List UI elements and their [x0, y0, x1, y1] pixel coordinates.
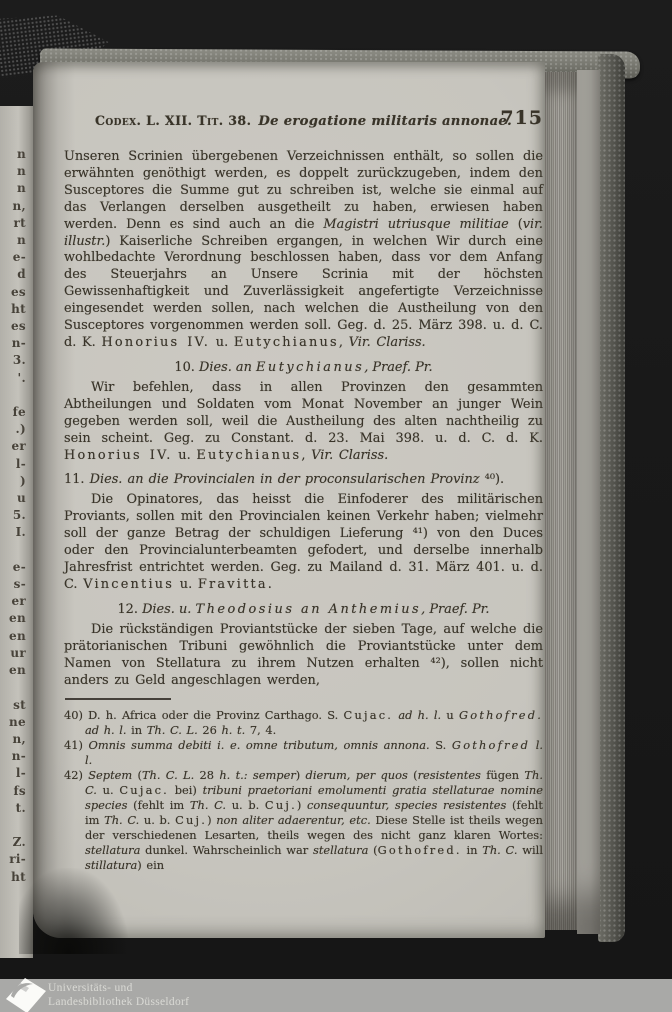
ulb-duesseldorf-logo: [5, 977, 47, 1012]
gutter-bottom-shadow: [19, 868, 129, 954]
section-heading: 10. Dies. an Eutychianus, Praef. Pr.: [64, 359, 543, 376]
footnote-separator-rule: [65, 698, 171, 700]
library-name-line1: Universitäts- und: [48, 982, 189, 996]
book-page: Codex. L. XII. Tit. 38.De erogatione mil…: [33, 62, 545, 938]
library-name-line2: Landesbibliothek Düsseldorf: [48, 996, 189, 1010]
paragraph: Die rückständigen Proviantstücke der sie…: [64, 622, 543, 690]
section-heading: 11. Dies. an die Provincialen in der pro…: [64, 471, 543, 488]
footnote: 42) Septem (Th. C. L. 28 h. t.: semper) …: [64, 768, 543, 872]
running-header: Codex. L. XII. Tit. 38.De erogatione mil…: [64, 110, 543, 134]
section-heading: 12. Dies. u. Theodosius an Anthemius, Pr…: [64, 601, 543, 618]
library-footer-bar: Universitäts- und Landesbibliothek Düsse…: [0, 979, 672, 1012]
page-number: 715: [500, 107, 543, 129]
paragraph: Wir befehlen, dass in allen Provinzen de…: [64, 380, 543, 465]
book-cover-edge-right: [598, 54, 625, 942]
book-scan-photo: n n n n, rt n e- d es ht es n- 3. '. fe …: [0, 0, 672, 1012]
book-page-stack-edge: [542, 72, 580, 930]
paragraph: Unseren Scrinien übergebenen Verzeichnis…: [64, 149, 543, 352]
library-name: Universitäts- und Landesbibliothek Düsse…: [48, 982, 189, 1009]
facing-page-edge: n n n n, rt n e- d es ht es n- 3. '. fe …: [0, 106, 33, 958]
printed-text-block: Codex. L. XII. Tit. 38.De erogatione mil…: [64, 110, 543, 872]
header-chapter-title: De erogatione militaris annonae.: [258, 114, 512, 129]
book-outer-leaf-edge: [577, 70, 600, 934]
footnote: 41) Omnis summa debiti i. e. omne tribut…: [64, 738, 543, 768]
body-text: Unseren Scrinien übergebenen Verzeichnis…: [64, 149, 543, 872]
paragraph: Die Opinatores, das heisst die Einfodere…: [64, 492, 543, 593]
footnote: 40) D. h. Africa oder die Provinz Cartha…: [64, 708, 543, 738]
header-codex-label: Codex. L. XII. Tit. 38.: [95, 113, 251, 128]
facing-page-text-fragments: n n n n, rt n e- d es ht es n- 3. '. fe …: [2, 146, 26, 886]
